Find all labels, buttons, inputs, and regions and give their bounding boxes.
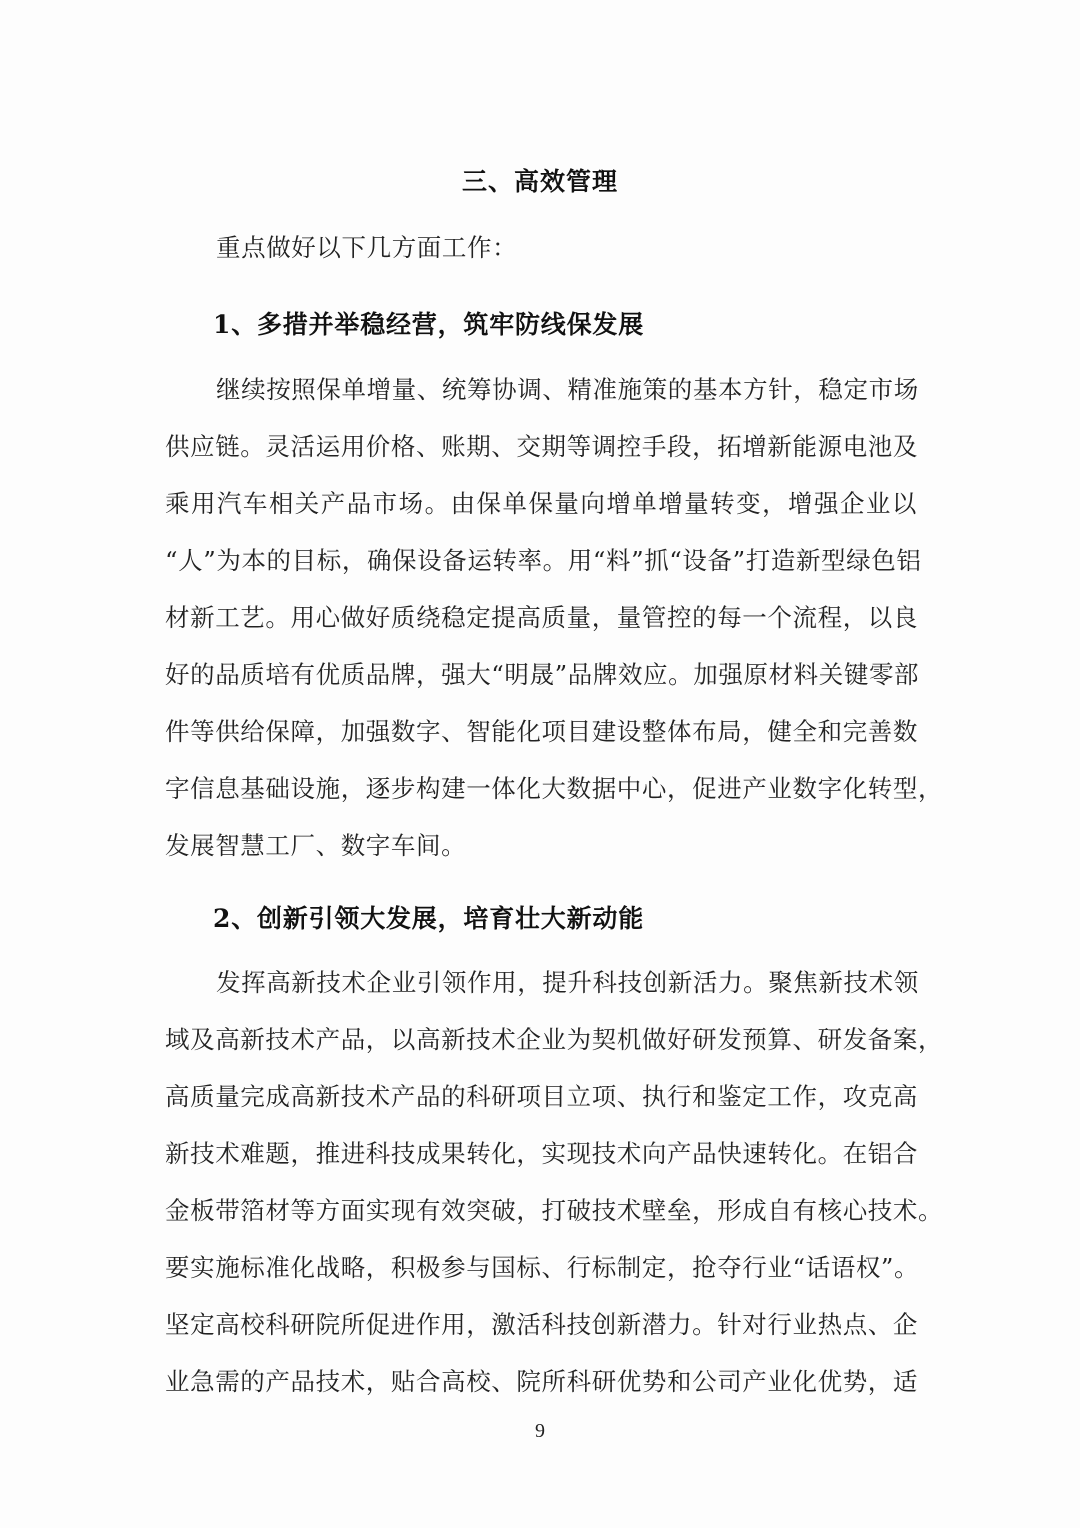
paragraph-line: 继续按照保单增量、统筹协调、精准施策的基本方针，稳定市场 <box>216 375 917 405</box>
paragraph-line: 发挥高新技术企业引领作用，提升科技创新活力。聚焦新技术领 <box>216 968 917 998</box>
paragraph-line: 发展智慧工厂、数字车间。 <box>165 831 917 861</box>
paragraph-line: 乘用汽车相关产品市场。由保单保量向增单增量转变，增强企业以 <box>165 489 917 519</box>
paragraph-line: 材新工艺。用心做好质绕稳定提高质量，量管控的每一个流程，以良 <box>165 603 917 633</box>
paragraph-line: 业急需的产品技术，贴合高校、院所科研优势和公司产业化优势，适 <box>165 1367 917 1397</box>
intro-paragraph: 重点做好以下几方面工作： <box>216 233 917 263</box>
paragraph-line: 好的品质培有优质品牌，强大“明晟”品牌效应。加强原材料关键零部 <box>165 660 917 690</box>
paragraph-line: 域及高新技术产品，以高新技术企业为契机做好研发预算、研发备案， <box>165 1025 917 1055</box>
paragraph-line: 高质量完成高新技术产品的科研项目立项、执行和鉴定工作，攻克高 <box>165 1082 917 1112</box>
subsection-heading-2: 2、创新引领大发展，培育壮大新动能 <box>213 899 644 935</box>
subsection-heading-1: 1、多措并举稳经营，筑牢防线保发展 <box>213 305 644 341</box>
section-title: 三、高效管理 <box>0 162 1080 198</box>
paragraph-line: 坚定高校科研院所促进作用，激活科技创新潜力。针对行业热点、企 <box>165 1310 917 1340</box>
paragraph-line: 件等供给保障，加强数字、智能化项目建设整体布局，健全和完善数 <box>165 717 917 747</box>
paragraph-line: 金板带箔材等方面实现有效突破，打破技术壁垒，形成自有核心技术。 <box>165 1196 917 1226</box>
paragraph-line: 要实施标准化战略，积极参与国标、行标制定，抢夺行业“话语权”。 <box>165 1253 917 1283</box>
paragraph-line: “人”为本的目标，确保设备运转率。用“料”抓“设备”打造新型绿色铝 <box>165 546 917 576</box>
paragraph-line: 新技术难题，推进科技成果转化，实现技术向产品快速转化。在铝合 <box>165 1139 917 1169</box>
page-number: 9 <box>0 1420 1080 1443</box>
paragraph-line: 供应链。灵活运用价格、账期、交期等调控手段，拓增新能源电池及 <box>165 432 917 462</box>
paragraph-line: 字信息基础设施，逐步构建一体化大数据中心，促进产业数字化转型， <box>165 774 917 804</box>
document-page: 三、高效管理 重点做好以下几方面工作： 1、多措并举稳经营，筑牢防线保发展 继续… <box>0 0 1080 1528</box>
